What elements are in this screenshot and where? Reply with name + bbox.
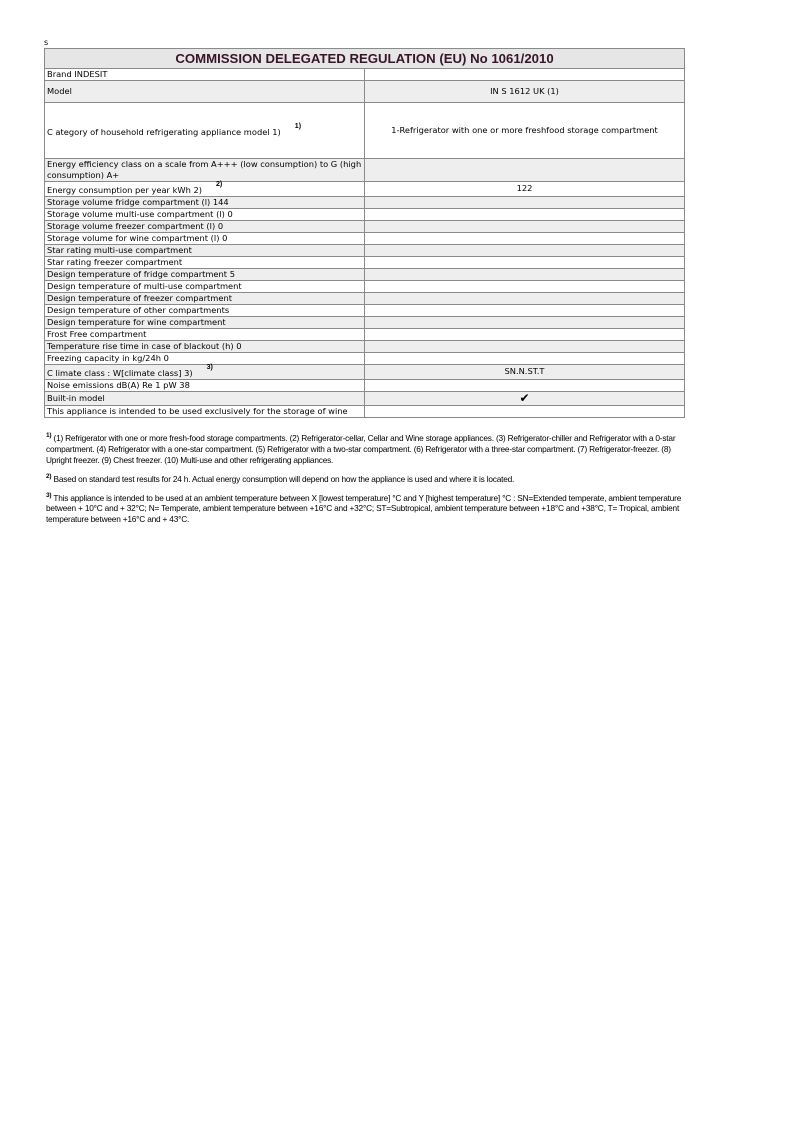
row-value — [365, 280, 685, 292]
row-label: Design temperature of other compartments — [45, 304, 365, 316]
row-value — [365, 244, 685, 256]
row-label: Star rating freezer compartment — [45, 256, 365, 268]
row-label: Frost Free compartment — [45, 328, 365, 340]
table-row: Brand INDESIT — [45, 69, 685, 81]
row-label: Noise emissions dB(A) Re 1 pW 38 — [45, 379, 365, 391]
row-label: This appliance is intended to be used ex… — [45, 405, 365, 417]
row-value — [365, 328, 685, 340]
row-label: Temperature rise time in case of blackou… — [45, 340, 365, 352]
row-label: Design temperature for wine compartment — [45, 316, 365, 328]
table-row: Freezing capacity in kg/24h 0 — [45, 352, 685, 364]
row-label: Design temperature of freezer compartmen… — [45, 292, 365, 304]
table-row: C limate class : W[climate class] 3)3)SN… — [45, 364, 685, 379]
regulation-title: COMMISSION DELEGATED REGULATION (EU) No … — [45, 49, 685, 69]
table-row: C ategory of household refrigerating app… — [45, 103, 685, 159]
table-row: Frost Free compartment — [45, 328, 685, 340]
footnotes: 1) (1) Refrigerator with one or more fre… — [46, 430, 686, 530]
row-label: Freezing capacity in kg/24h 0 — [45, 352, 365, 364]
table-row: Storage volume multi-use compartment (l)… — [45, 208, 685, 220]
table-row: This appliance is intended to be used ex… — [45, 405, 685, 417]
table-row: Design temperature of fridge compartment… — [45, 268, 685, 280]
table-row: Storage volume fridge compartment (l) 14… — [45, 196, 685, 208]
footnote-ref: 2) — [216, 181, 222, 188]
footnote-ref: 1) — [295, 123, 301, 130]
table-row: Noise emissions dB(A) Re 1 pW 38 — [45, 379, 685, 391]
row-value — [365, 316, 685, 328]
table-row: Energy efficiency class on a scale from … — [45, 159, 685, 182]
row-value — [365, 159, 685, 182]
table-row: Design temperature of other compartments — [45, 304, 685, 316]
table-row: Design temperature of freezer compartmen… — [45, 292, 685, 304]
row-label: C ategory of household refrigerating app… — [47, 126, 281, 136]
row-label: Storage volume for wine compartment (l) … — [45, 232, 365, 244]
row-label: Brand INDESIT — [45, 69, 365, 81]
table-row: Star rating freezer compartment — [45, 256, 685, 268]
row-value — [365, 256, 685, 268]
row-value — [365, 268, 685, 280]
row-label: Storage volume fridge compartment (l) 14… — [45, 196, 365, 208]
row-value — [365, 340, 685, 352]
row-value — [365, 208, 685, 220]
row-label: Storage volume freezer compartment (l) 0 — [45, 220, 365, 232]
row-value — [365, 220, 685, 232]
row-value — [365, 69, 685, 81]
row-value — [365, 232, 685, 244]
row-value: SN.N.ST.T — [365, 364, 685, 379]
row-label: Model — [45, 81, 365, 103]
table-row: Star rating multi-use compartment — [45, 244, 685, 256]
row-label: Star rating multi-use compartment — [45, 244, 365, 256]
table-row: Storage volume freezer compartment (l) 0 — [45, 220, 685, 232]
row-value — [365, 379, 685, 391]
row-value: 1-Refrigerator with one or more freshfoo… — [365, 103, 685, 159]
checkmark-icon: ✔ — [365, 391, 685, 405]
row-label: Storage volume multi-use compartment (l)… — [45, 208, 365, 220]
row-value: IN S 1612 UK (1) — [365, 81, 685, 103]
row-label: Built-in model — [45, 391, 365, 405]
corner-mark: s — [44, 38, 48, 47]
row-label: Design temperature of multi-use compartm… — [45, 280, 365, 292]
row-value — [365, 196, 685, 208]
row-label: C limate class : W[climate class] 3) — [47, 368, 193, 378]
footnote-2: 2) Based on standard test results for 24… — [46, 471, 686, 485]
regulation-table: COMMISSION DELEGATED REGULATION (EU) No … — [44, 48, 685, 418]
row-value — [365, 292, 685, 304]
table-row: Energy consumption per year kWh 2)2)122 — [45, 182, 685, 197]
footnote-1: 1) (1) Refrigerator with one or more fre… — [46, 430, 686, 466]
table-row: Design temperature for wine compartment — [45, 316, 685, 328]
footnote-3: 3) This appliance is intended to be used… — [46, 490, 686, 526]
table-row: Design temperature of multi-use compartm… — [45, 280, 685, 292]
table-row: ModelIN S 1612 UK (1) — [45, 81, 685, 103]
row-label: Energy consumption per year kWh 2) — [47, 185, 202, 195]
row-value — [365, 405, 685, 417]
row-label: Design temperature of fridge compartment… — [45, 268, 365, 280]
table-row: Temperature rise time in case of blackou… — [45, 340, 685, 352]
row-label: Energy efficiency class on a scale from … — [45, 159, 365, 182]
row-value — [365, 304, 685, 316]
row-value — [365, 352, 685, 364]
row-value: 122 — [365, 182, 685, 197]
table-row: Storage volume for wine compartment (l) … — [45, 232, 685, 244]
table-row: Built-in model✔ — [45, 391, 685, 405]
footnote-ref: 3) — [207, 364, 213, 371]
